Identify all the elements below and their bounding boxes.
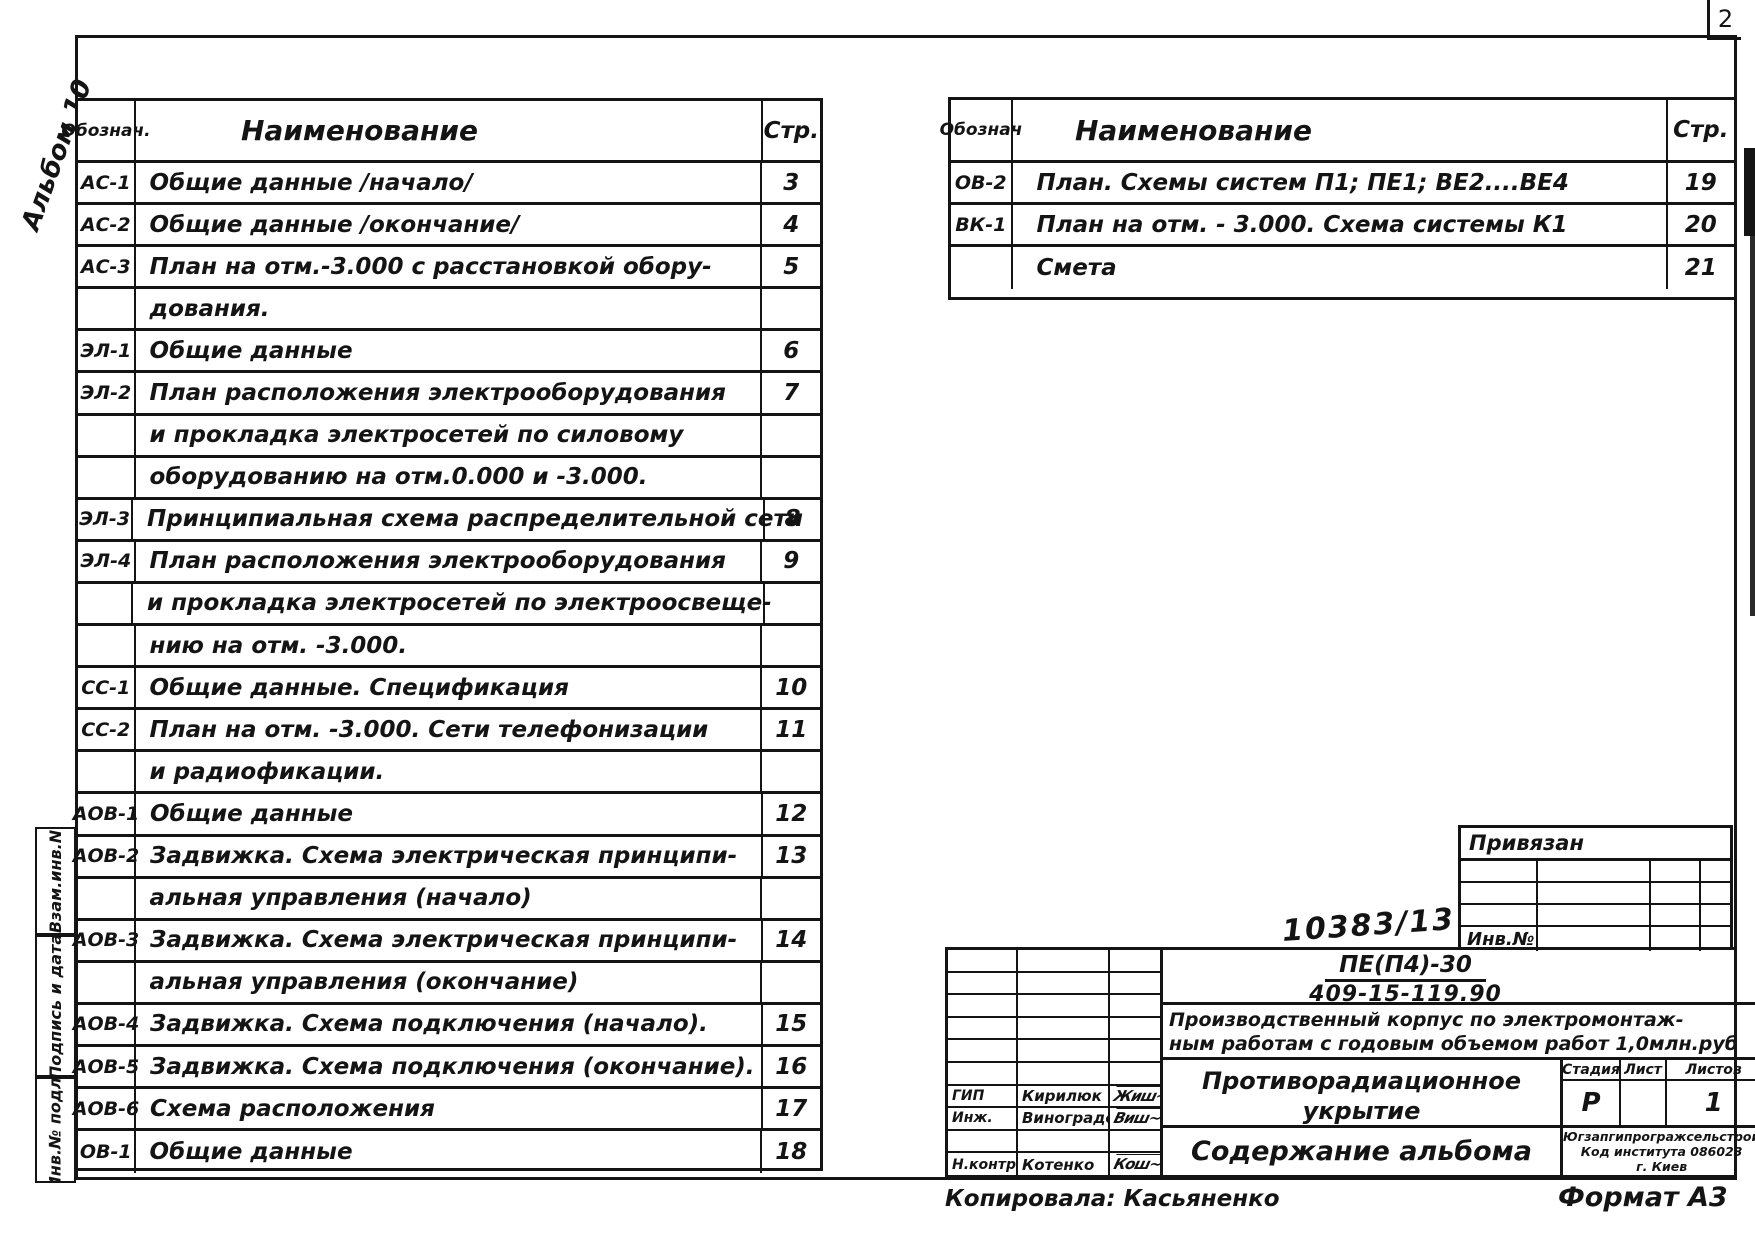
object-column: Противорадиационное укрытие Содержание а… — [1163, 1060, 1563, 1175]
row-name: и прокладка электросетей по электроосвещ… — [133, 584, 765, 623]
row-code: АОВ-4 — [78, 1005, 136, 1044]
row-page: 8 — [765, 500, 820, 539]
signature-scribble — [1107, 1040, 1162, 1061]
signature-row — [948, 973, 1160, 996]
table-row: альная управления (окончание) — [78, 963, 820, 1005]
row-code: ОВ-1 — [78, 1131, 136, 1173]
signer-role: Инж. — [948, 1108, 1018, 1129]
row-page: 11 — [762, 710, 820, 749]
object-name: Противорадиационное укрытие — [1163, 1060, 1560, 1128]
margin-box-podpis-data: Подпись и дата — [35, 935, 76, 1077]
signature-scribble — [1107, 1063, 1162, 1084]
table-row: дования. — [78, 289, 820, 331]
header-page: Стр. — [1668, 100, 1734, 160]
header-code: Обознач — [951, 100, 1013, 160]
stage-values-row: Р 1 — [1563, 1081, 1755, 1128]
table-row: СС-2 План на отм. -3.000. Сети телефониз… — [78, 710, 820, 752]
row-name: План расположения электрооборудования — [136, 542, 763, 581]
project-line2: ным работам с годовым объемом работ 1,0м… — [1169, 1032, 1755, 1056]
institute-code: Код института 086023 — [1581, 1144, 1743, 1159]
signature-row: Н.контр. Котенко Кош~ — [948, 1153, 1160, 1176]
document-code-top: ПЕ(П4)-30 — [1325, 952, 1486, 982]
signer-name — [1018, 1040, 1110, 1061]
row-name: План на отм.-3.000 с расстановкой обору- — [136, 247, 763, 286]
institute-name: Югзапгипрогражсельстрой — [1563, 1129, 1755, 1144]
table-row: АОВ-5 Задвижка. Схема подключения (оконч… — [78, 1047, 820, 1089]
table-row: нию на отм. -3.000. — [78, 626, 820, 668]
object-line2: укрытие — [1163, 1096, 1560, 1126]
row-code: ЭЛ-3 — [78, 500, 133, 539]
table-row: ОВ-1 Общие данные 18 — [78, 1131, 820, 1173]
table-row: АОВ-1 Общие данные 12 — [78, 794, 820, 836]
row-name: План на отм. -3.000. Сети телефонизации — [136, 710, 763, 749]
row-name: Задвижка. Схема электрическая принципи- — [136, 837, 763, 876]
row-code — [78, 416, 136, 455]
row-code — [78, 458, 136, 497]
table-row: и прокладка электросетей по силовому — [78, 416, 820, 458]
row-name: альная управления (окончание) — [136, 963, 763, 1002]
signer-name — [1018, 1063, 1110, 1084]
row-code: ЭЛ-1 — [78, 331, 136, 370]
row-page: 4 — [762, 205, 820, 244]
signature-row — [948, 950, 1160, 973]
row-code: АС-1 — [78, 163, 136, 202]
binding-row — [1461, 861, 1730, 883]
binding-cell — [1701, 883, 1730, 903]
row-name: Общие данные — [136, 794, 763, 833]
row-code: ЭЛ-2 — [78, 373, 136, 412]
binding-cell — [1651, 883, 1701, 903]
row-name: Схема расположения — [136, 1089, 763, 1128]
row-name: Принципиальная схема распределительной с… — [133, 500, 765, 539]
binding-row — [1461, 905, 1730, 927]
binding-row — [1461, 883, 1730, 905]
row-page: 19 — [1668, 163, 1734, 202]
row-name: Общие данные /окончание/ — [136, 205, 763, 244]
row-code: АС-3 — [78, 247, 136, 286]
row-code: АОВ-6 — [78, 1089, 136, 1128]
format-note: Формат А3 — [1558, 1182, 1728, 1213]
signature-row — [948, 1040, 1160, 1063]
row-code — [78, 626, 136, 665]
contents-table-right: Обознач Наименование Стр. ОВ-2 План. Схе… — [948, 97, 1737, 300]
row-code: АС-2 — [78, 205, 136, 244]
binding-box: Привязан Инв.№ — [1458, 825, 1733, 950]
row-page — [762, 626, 820, 665]
header-code: Обознач. — [78, 101, 136, 160]
row-page: 5 — [762, 247, 820, 286]
binding-cell — [1651, 861, 1701, 881]
table-row: ЭЛ-1 Общие данные 6 — [78, 331, 820, 373]
row-name: оборудованию на отм.0.000 и -3.000. — [136, 458, 763, 497]
sheet-number-box: 2 — [1707, 0, 1741, 40]
table-row: оборудованию на отм.0.000 и -3.000. — [78, 458, 820, 500]
scan-artifact-line — [1750, 236, 1755, 616]
scan-artifact — [1744, 148, 1755, 236]
stage-label: Стадия — [1563, 1060, 1621, 1079]
signature-scribble — [1107, 1131, 1162, 1152]
margin-box-vzam-inv: Взам.инв.N — [35, 827, 76, 935]
signer-name — [1018, 1018, 1110, 1039]
margin-label: Подпись и дата — [46, 935, 65, 1077]
row-code — [78, 752, 136, 791]
binding-cell — [1701, 861, 1730, 881]
row-name: Смета — [1013, 247, 1668, 289]
table-row: ЭЛ-2 План расположения электрооборудован… — [78, 373, 820, 415]
row-page — [762, 289, 820, 328]
signature-scribble — [1107, 1018, 1162, 1039]
sheets-label: Листов — [1667, 1060, 1755, 1079]
signature-row: ГИП Кирилюк Жиш~ — [948, 1086, 1160, 1109]
project-name-cell: Производственный корпус по электромонтаж… — [1163, 1005, 1755, 1060]
row-code: АОВ-2 — [78, 837, 136, 876]
table-row: ОВ-2 План. Схемы систем П1; ПЕ1; ВЕ2....… — [951, 163, 1734, 205]
object-line1: Противорадиационное — [1163, 1066, 1560, 1096]
row-name: и прокладка электросетей по силовому — [136, 416, 763, 455]
binding-cell — [1461, 883, 1538, 903]
row-name: и радиофикации. — [136, 752, 763, 791]
document-code-cell: ПЕ(П4)-30 409-15-119.90 — [1163, 950, 1755, 1005]
table-row: АС-1 Общие данные /начало/ 3 — [78, 163, 820, 205]
signer-role — [948, 995, 1018, 1016]
sheet-label: Лист — [1621, 1060, 1667, 1079]
row-code: ВК-1 — [951, 205, 1013, 244]
signature-scribble — [1107, 995, 1162, 1016]
signer-name — [1018, 973, 1110, 994]
signature-table: ГИП Кирилюк Жиш~ Инж. Виноградова Виш~ — [948, 950, 1163, 1175]
table-row: СС-1 Общие данные. Спецификация 10 — [78, 668, 820, 710]
signer-role — [948, 973, 1018, 994]
binding-cell — [1701, 905, 1730, 925]
row-code — [78, 879, 136, 918]
table-row: альная управления (начало) — [78, 879, 820, 921]
signature-scribble: Виш~ — [1107, 1108, 1162, 1129]
copied-by-note: Копировала: Касьяненко — [945, 1186, 1280, 1212]
signer-role — [948, 1040, 1018, 1061]
stage-value: Р — [1563, 1081, 1621, 1125]
table-row: ЭЛ-4 План расположения электрооборудован… — [78, 542, 820, 584]
row-page: 18 — [762, 1131, 820, 1173]
table-header-row: Обознач Наименование Стр. — [951, 100, 1734, 163]
row-page: 7 — [762, 373, 820, 412]
row-page — [762, 752, 820, 791]
row-page: 20 — [1668, 205, 1734, 244]
row-name: План. Схемы систем П1; ПЕ1; ВЕ2....ВЕ4 — [1013, 163, 1668, 202]
signer-role — [948, 1131, 1018, 1152]
table-header-row: Обознач. Наименование Стр. — [78, 101, 820, 163]
header-page: Стр. — [763, 101, 820, 160]
signer-name: Кирилюк — [1018, 1086, 1110, 1107]
binding-cell — [1538, 861, 1651, 881]
table-row: ВК-1 План на отм. - 3.000. Схема системы… — [951, 205, 1734, 247]
signer-role — [948, 950, 1018, 971]
signer-role — [948, 1018, 1018, 1039]
row-code: СС-1 — [78, 668, 136, 707]
signature-row — [948, 1131, 1160, 1154]
signature-row — [948, 1063, 1160, 1086]
contents-table-left: Обознач. Наименование Стр. АС-1 Общие да… — [75, 98, 823, 1171]
binding-cell — [1461, 861, 1538, 881]
row-code — [78, 584, 133, 623]
signer-role: Н.контр. — [948, 1153, 1018, 1176]
table-body: АС-1 Общие данные /начало/ 3 АС-2 Общие … — [78, 163, 820, 1173]
signature-row — [948, 1018, 1160, 1041]
row-name: Задвижка. Схема подключения (начало). — [136, 1005, 763, 1044]
signer-name — [1018, 995, 1110, 1016]
institute-cell: Югзапгипрогражсельстрой Код института 08… — [1563, 1128, 1755, 1175]
stage-column: Стадия Лист Листов Р 1 Югзапгипрогражсел… — [1563, 1060, 1755, 1175]
table-row: АС-2 Общие данные /окончание/ 4 — [78, 205, 820, 247]
row-page — [765, 584, 820, 623]
signer-name: Котенко — [1018, 1153, 1110, 1176]
row-name: Задвижка. Схема электрическая принципи- — [136, 921, 763, 960]
row-page: 21 — [1668, 247, 1734, 289]
row-page: 10 — [762, 668, 820, 707]
row-page: 9 — [762, 542, 820, 581]
row-name: Общие данные /начало/ — [136, 163, 763, 202]
row-code: АОВ-5 — [78, 1047, 136, 1086]
row-page: 16 — [763, 1047, 820, 1086]
row-page — [762, 416, 820, 455]
row-code: АОВ-3 — [78, 921, 136, 960]
table-row: и радиофикации. — [78, 752, 820, 794]
table-row: АОВ-6 Схема расположения 17 — [78, 1089, 820, 1131]
signer-role — [948, 1063, 1018, 1084]
row-page: 15 — [763, 1005, 820, 1044]
stage-header-row: Стадия Лист Листов — [1563, 1060, 1755, 1081]
sheets-value: 1 — [1667, 1081, 1755, 1125]
document-code-bottom: 409-15-119.90 — [1278, 982, 1533, 1007]
margin-box-inv-podl: Инв.№ подл. — [35, 1077, 76, 1183]
title-block-right: ПЕ(П4)-30 409-15-119.90 Производственный… — [1163, 950, 1755, 1175]
row-code — [78, 963, 136, 1002]
row-name: План расположения электрооборудования — [136, 373, 763, 412]
row-name: Общие данные. Спецификация — [136, 668, 763, 707]
row-name: нию на отм. -3.000. — [136, 626, 763, 665]
signature-scribble: Кош~ — [1107, 1153, 1163, 1176]
document-code: ПЕ(П4)-30 409-15-119.90 — [1278, 952, 1533, 1007]
table-row: АС-3 План на отм.-3.000 с расстановкой о… — [78, 247, 820, 289]
row-code — [78, 289, 136, 328]
institute-city: г. Киев — [1636, 1159, 1687, 1174]
row-page — [762, 458, 820, 497]
project-line1: Производственный корпус по электромонтаж… — [1169, 1008, 1755, 1032]
row-page: 6 — [762, 331, 820, 370]
table-row: ЭЛ-3 Принципиальная схема распределитель… — [78, 500, 820, 542]
signature-row — [948, 995, 1160, 1018]
sheet-number: 2 — [1718, 5, 1733, 33]
margin-label: Взам.инв.N — [46, 829, 65, 932]
header-name: Наименование — [136, 101, 763, 160]
signer-name: Виноградова — [1018, 1108, 1110, 1129]
row-code — [951, 247, 1013, 289]
margin-label: Инв.№ подл. — [46, 1077, 65, 1183]
table-row: АОВ-2 Задвижка. Схема электрическая прин… — [78, 837, 820, 879]
binding-cell — [1651, 905, 1701, 925]
signer-role: ГИП — [948, 1086, 1018, 1107]
signature-row: Инж. Виноградова Виш~ — [948, 1108, 1160, 1131]
table-body: ОВ-2 План. Схемы систем П1; ПЕ1; ВЕ2....… — [951, 163, 1734, 289]
table-row: АОВ-3 Задвижка. Схема электрическая прин… — [78, 921, 820, 963]
row-page — [762, 963, 820, 1002]
row-name: Общие данные — [136, 331, 763, 370]
table-row: и прокладка электросетей по электроосвещ… — [78, 584, 820, 626]
row-code: АОВ-1 — [78, 794, 136, 833]
row-code: СС-2 — [78, 710, 136, 749]
signer-name — [1018, 1131, 1110, 1152]
signature-scribble — [1107, 950, 1162, 971]
row-page: 3 — [762, 163, 820, 202]
row-page — [762, 879, 820, 918]
row-name: Общие данные — [136, 1131, 763, 1173]
table-row: АОВ-4 Задвижка. Схема подключения (начал… — [78, 1005, 820, 1047]
binding-cell — [1538, 905, 1651, 925]
signature-scribble — [1107, 973, 1162, 994]
signer-name — [1018, 950, 1110, 971]
row-code: ЭЛ-4 — [78, 542, 136, 581]
row-name: альная управления (начало) — [136, 879, 763, 918]
sheet-value — [1621, 1081, 1667, 1125]
header-name: Наименование — [1013, 100, 1668, 160]
title-block-bottom: Противорадиационное укрытие Содержание а… — [1163, 1060, 1755, 1175]
title-block: ГИП Кирилюк Жиш~ Инж. Виноградова Виш~ — [945, 947, 1737, 1178]
row-code: ОВ-2 — [951, 163, 1013, 202]
table-row: Смета 21 — [951, 247, 1734, 289]
row-name: дования. — [136, 289, 763, 328]
row-page: 13 — [763, 837, 820, 876]
binding-cell — [1538, 883, 1651, 903]
row-page: 12 — [763, 794, 820, 833]
sheet-title: Содержание альбома — [1163, 1128, 1560, 1175]
signature-scribble: Жиш~ — [1107, 1086, 1162, 1107]
binding-cell — [1461, 905, 1538, 925]
row-page: 17 — [763, 1089, 820, 1128]
binding-title: Привязан — [1461, 828, 1730, 861]
row-page: 14 — [763, 921, 820, 960]
scanned-drawing-sheet: 2 Альбом 10 Взам.инв.N Подпись и дата Ин… — [0, 0, 1755, 1235]
row-name: Задвижка. Схема подключения (окончание). — [136, 1047, 763, 1086]
row-name: План на отм. - 3.000. Схема системы К1 — [1013, 205, 1668, 244]
